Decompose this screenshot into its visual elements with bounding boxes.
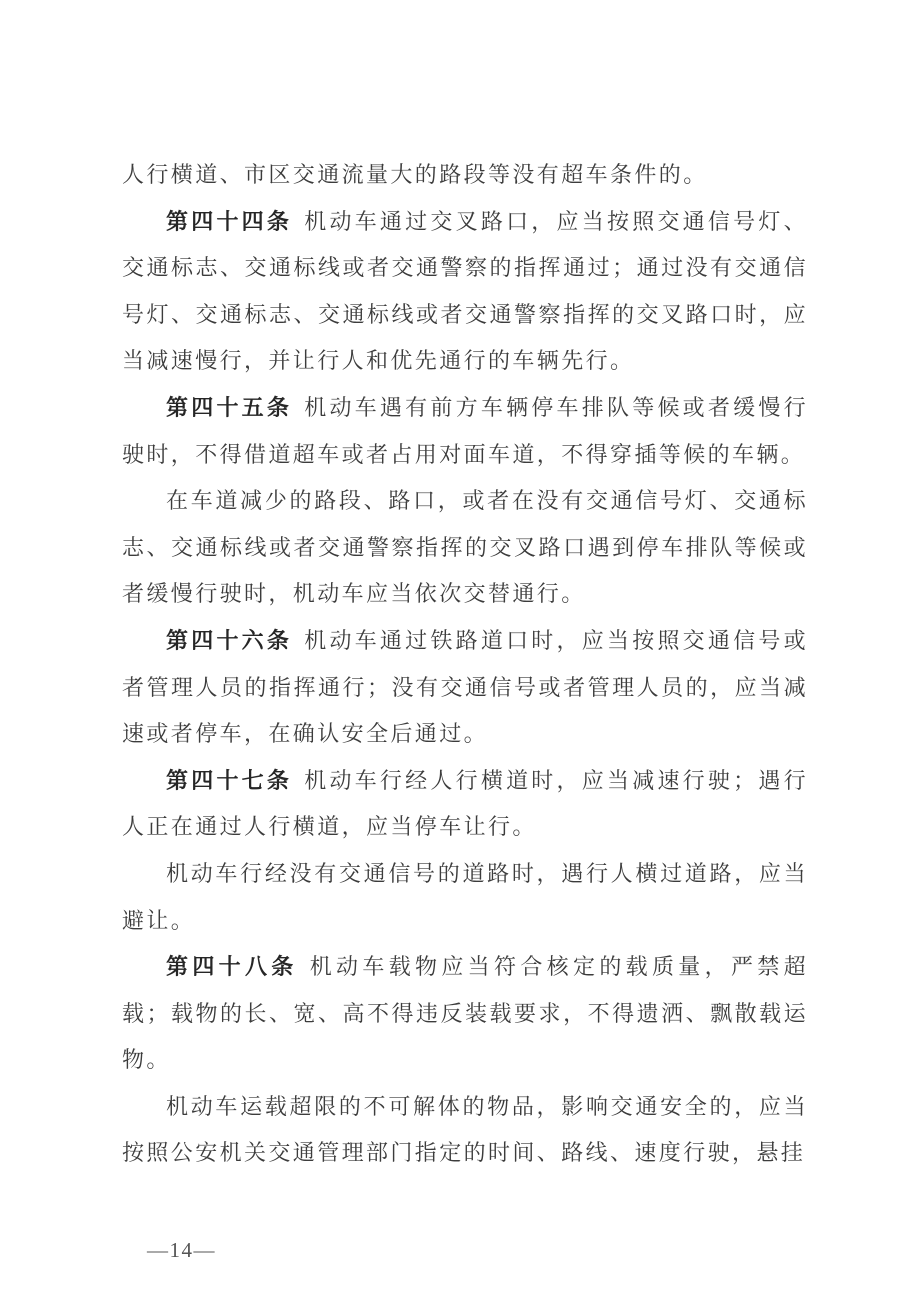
- paragraph-article-47: 第四十七条机动车行经人行横道时，应当减速行驶；遇行人正在通过人行横道，应当停车让…: [122, 758, 808, 851]
- document-body: 人行横道、市区交通流量大的路段等没有超车条件的。 第四十四条机动车通过交叉路口，…: [122, 152, 808, 1177]
- article-number: 第四十八条: [166, 954, 298, 979]
- paragraph: 人行横道、市区交通流量大的路段等没有超车条件的。: [122, 152, 808, 199]
- document-page: 人行横道、市区交通流量大的路段等没有超车条件的。 第四十四条机动车通过交叉路口，…: [0, 0, 920, 1301]
- paragraph-text: 人行横道、市区交通流量大的路段等没有超车条件的。: [122, 162, 708, 187]
- paragraph-article-46: 第四十六条机动车通过铁路道口时，应当按照交通信号或者管理人员的指挥通行；没有交通…: [122, 618, 808, 758]
- paragraph-text: 机动车运载超限的不可解体的物品，影响交通安全的，应当按照公安机关交通管理部门指定…: [122, 1094, 808, 1166]
- paragraph-text: 机动车行经没有交通信号的道路时，遇行人横过道路，应当避让。: [122, 861, 808, 933]
- paragraph-article-45: 第四十五条机动车遇有前方车辆停车排队等候或者缓慢行驶时，不得借道超车或者占用对面…: [122, 385, 808, 478]
- article-number: 第四十六条: [166, 628, 292, 653]
- article-number: 第四十四条: [166, 209, 292, 234]
- paragraph-article-44: 第四十四条机动车通过交叉路口，应当按照交通信号灯、交通标志、交通标线或者交通警察…: [122, 199, 808, 385]
- article-number: 第四十七条: [166, 768, 292, 793]
- page-number: —14—: [147, 1238, 216, 1263]
- article-number: 第四十五条: [166, 395, 292, 420]
- paragraph: 在车道减少的路段、路口，或者在没有交通信号灯、交通标志、交通标线或者交通警察指挥…: [122, 478, 808, 618]
- paragraph-text: 在车道减少的路段、路口，或者在没有交通信号灯、交通标志、交通标线或者交通警察指挥…: [122, 488, 808, 606]
- paragraph: 机动车运载超限的不可解体的物品，影响交通安全的，应当按照公安机关交通管理部门指定…: [122, 1084, 808, 1177]
- paragraph: 机动车行经没有交通信号的道路时，遇行人横过道路，应当避让。: [122, 851, 808, 944]
- paragraph-article-48: 第四十八条机动车载物应当符合核定的载质量，严禁超载；载物的长、宽、高不得违反装载…: [122, 944, 808, 1084]
